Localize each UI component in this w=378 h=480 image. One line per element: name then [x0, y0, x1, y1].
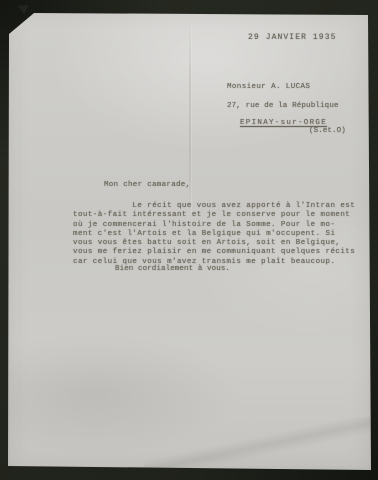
recipient-city: EPINAY-sur-ORGE [240, 119, 327, 127]
salutation: Mon cher camarade, [104, 181, 190, 189]
recipient-name: Monsieur A. LUCAS [227, 83, 310, 91]
closing: Bien cordialement à vous. [115, 265, 230, 273]
scanner-background: 29 JANVIER 1935 Monsieur A. LUCAS 27, ru… [0, 0, 378, 480]
bottom-wrinkle-shading [144, 417, 374, 472]
letter-paper: 29 JANVIER 1935 Monsieur A. LUCAS 27, ru… [0, 0, 378, 480]
recipient-department: (S.et.O) [309, 127, 346, 135]
recipient-street: 27, rue de la République [227, 102, 339, 110]
letter-date: 29 JANVIER 1935 [248, 33, 337, 42]
letter-body: Le récit que vous avez apporté à l'Intra… [73, 202, 373, 267]
